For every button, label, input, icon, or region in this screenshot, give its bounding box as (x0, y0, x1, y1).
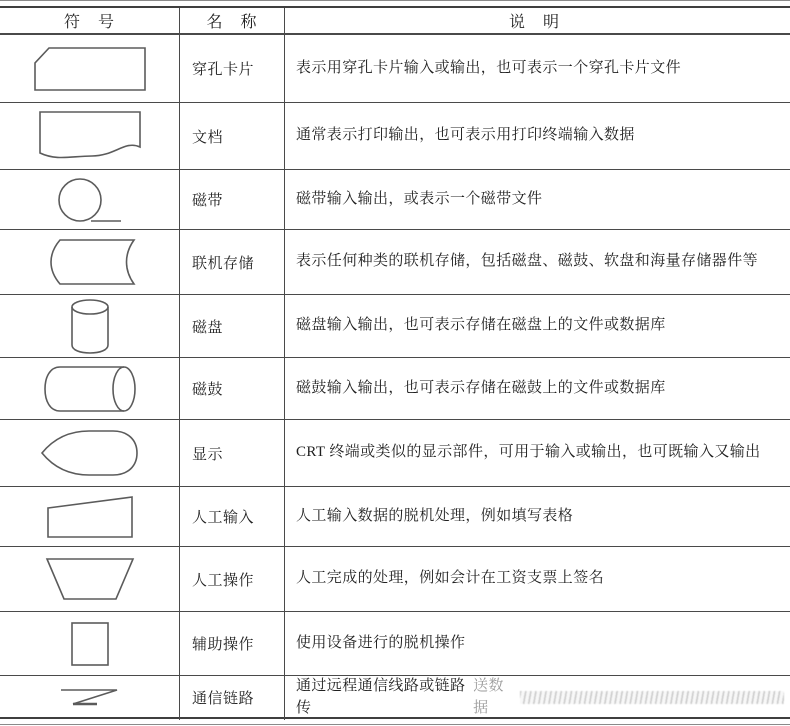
document-icon (37, 110, 143, 162)
symbol-cell (0, 547, 180, 611)
magnetic-drum-icon (42, 365, 138, 413)
auxiliary-operation-icon (69, 620, 111, 668)
table-row-communication-link: 通信链路 通过远程通信线路或链路传送数据 (0, 676, 790, 717)
desc-cell: 磁鼓输入输出，也可表示存储在磁鼓上的文件或数据库 (285, 358, 790, 419)
manual-input-icon (45, 494, 135, 540)
manual-operation-icon (44, 556, 136, 602)
table-row-display: 显示 CRT 终端或类似的显示部件，可用于输入或输出，也可既输入又输出 (0, 420, 790, 487)
table-row-magnetic-disk: 磁盘 磁盘输入输出，也可表示存储在磁盘上的文件或数据库 (0, 295, 790, 358)
desc-cell: 通常表示打印输出，也可表示用打印终端输入数据 (285, 103, 790, 169)
symbol-cell (0, 170, 180, 229)
table-row-magnetic-drum: 磁鼓 磁鼓输入输出，也可表示存储在磁鼓上的文件或数据库 (0, 358, 790, 420)
desc-cell: 人工输入数据的脱机处理，例如填写表格 (285, 487, 790, 546)
table-top-double-rule (0, 0, 790, 8)
symbol-cell (0, 295, 180, 357)
desc-text: 通过远程通信线路或链路传 (296, 676, 473, 720)
symbol-cell (0, 103, 180, 169)
desc-cell: 磁盘输入输出，也可表示存储在磁盘上的文件或数据库 (285, 295, 790, 357)
desc-cell: 人工完成的处理，例如会计在工资支票上签名 (285, 547, 790, 611)
column-header-name: 名 称 (180, 8, 285, 33)
table-row-document: 文档 通常表示打印输出，也可表示用打印终端输入数据 (0, 103, 790, 170)
name-cell: 联机存储 (180, 230, 285, 294)
symbol-cell (0, 420, 180, 486)
table-row-magnetic-tape: 磁带 磁带输入输出，或表示一个磁带文件 (0, 170, 790, 230)
watermark-illegible (520, 691, 784, 704)
desc-cell: CRT 终端或类似的显示部件，可用于输入或输出，也可既输入又输出 (285, 420, 790, 486)
name-cell: 磁鼓 (180, 358, 285, 419)
name-cell: 辅助操作 (180, 612, 285, 675)
name-cell: 磁带 (180, 170, 285, 229)
symbol-cell (0, 35, 180, 102)
name-cell: 磁盘 (180, 295, 285, 357)
column-header-description: 说 明 (285, 8, 790, 33)
symbol-cell (0, 612, 180, 675)
online-storage-icon (43, 238, 137, 286)
desc-text-faint: 送数据 (473, 676, 517, 720)
punched-card-icon (32, 46, 148, 92)
display-icon (39, 428, 141, 478)
table-row-auxiliary-operation: 辅助操作 使用设备进行的脱机操作 (0, 612, 790, 676)
name-cell: 人工输入 (180, 487, 285, 546)
table-header-row: 符 号 名 称 说 明 (0, 8, 790, 35)
table-row-online-storage: 联机存储 表示任何种类的联机存储，包括磁盘、磁鼓、软盘和海量存储器件等 (0, 230, 790, 295)
table-row-manual-input: 人工输入 人工输入数据的脱机处理，例如填写表格 (0, 487, 790, 547)
desc-cell: 通过远程通信线路或链路传送数据 (285, 676, 790, 720)
symbol-cell (0, 230, 180, 294)
name-cell: 显示 (180, 420, 285, 486)
column-header-symbol: 符 号 (0, 8, 180, 33)
name-cell: 文档 (180, 103, 285, 169)
symbol-cell (0, 358, 180, 419)
flowchart-symbol-table: 符 号 名 称 说 明 穿孔卡片 表示用穿孔卡片输入或输出，也可表示一个穿孔卡片… (0, 0, 790, 726)
communication-link-icon (51, 686, 129, 710)
desc-cell: 表示用穿孔卡片输入或输出，也可表示一个穿孔卡片文件 (285, 35, 790, 102)
symbol-cell (0, 676, 180, 720)
magnetic-disk-icon (70, 297, 110, 355)
desc-cell: 使用设备进行的脱机操作 (285, 612, 790, 675)
desc-cell: 磁带输入输出，或表示一个磁带文件 (285, 170, 790, 229)
name-cell: 穿孔卡片 (180, 35, 285, 102)
name-cell: 通信链路 (180, 676, 285, 720)
name-cell: 人工操作 (180, 547, 285, 611)
table-row-punched-card: 穿孔卡片 表示用穿孔卡片输入或输出，也可表示一个穿孔卡片文件 (0, 35, 790, 103)
desc-cell: 表示任何种类的联机存储，包括磁盘、磁鼓、软盘和海量存储器件等 (285, 230, 790, 294)
magnetic-tape-icon (55, 175, 125, 225)
table-row-manual-operation: 人工操作 人工完成的处理，例如会计在工资支票上签名 (0, 547, 790, 612)
symbol-cell (0, 487, 180, 546)
